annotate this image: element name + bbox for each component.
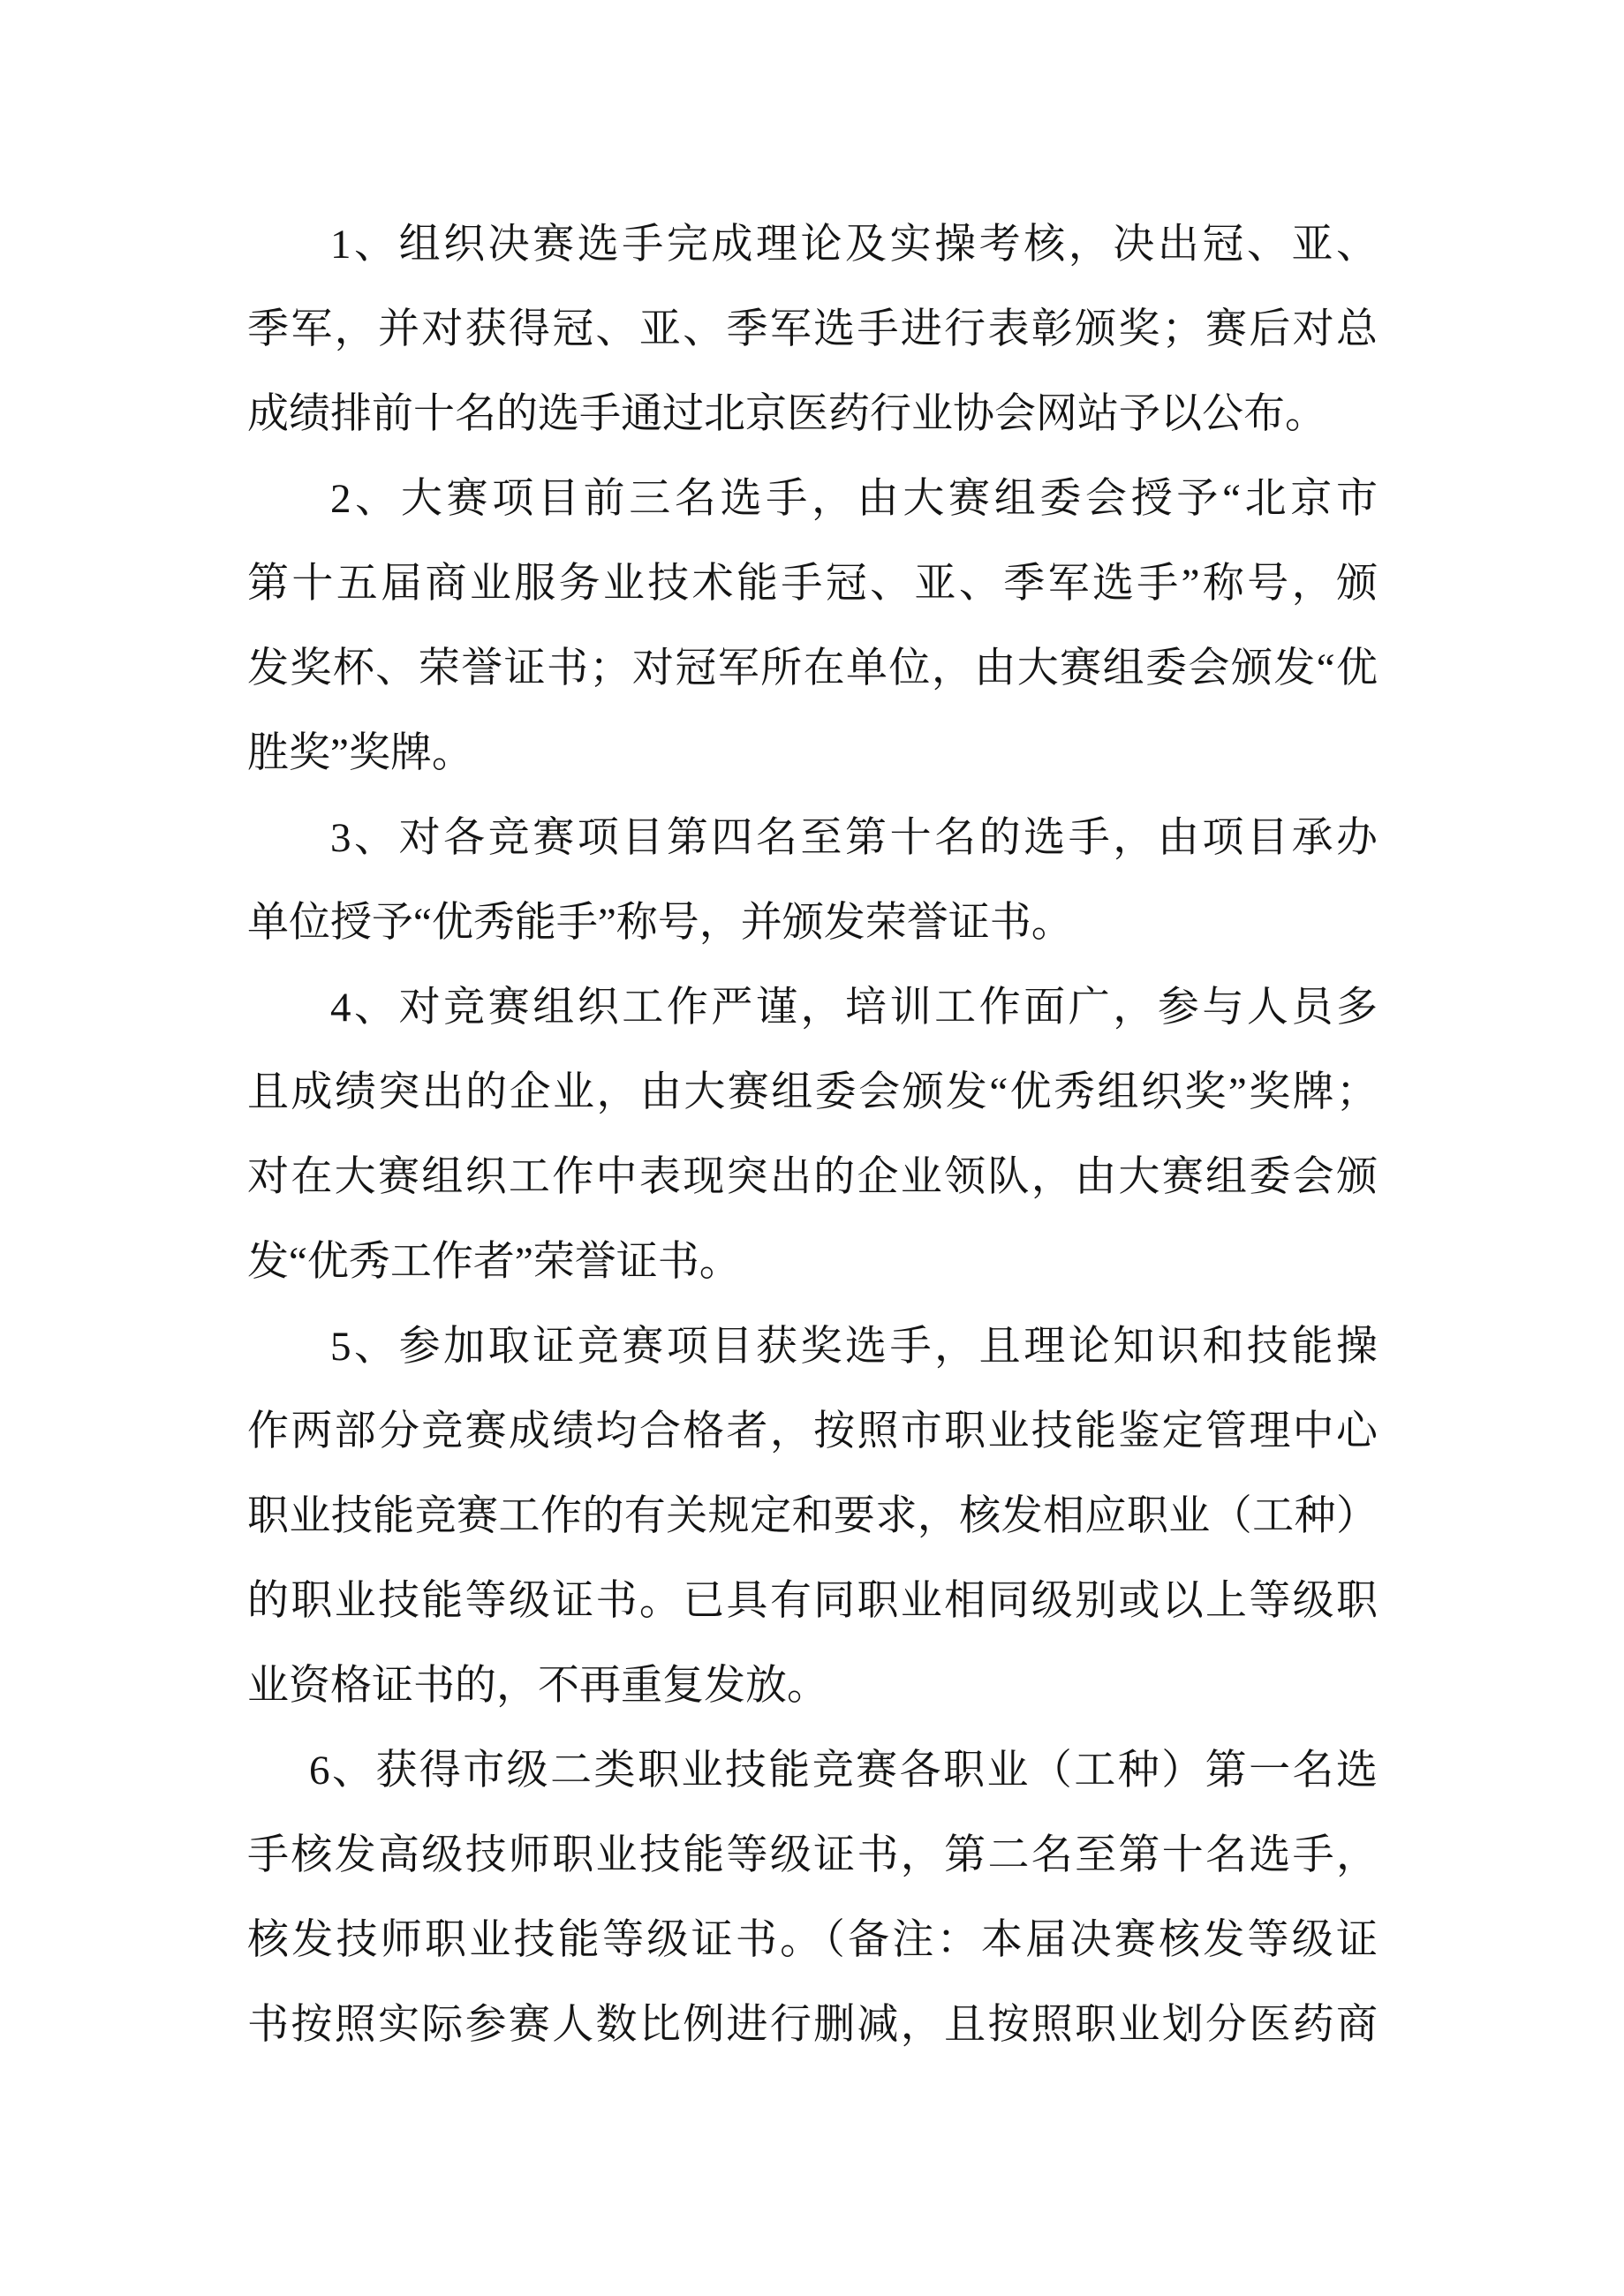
text-line: 作两部分竞赛成绩均合格者，按照市职业技能鉴定管理中心: [247, 1389, 1378, 1474]
text-line: 发奖杯、荣誉证书；对冠军所在单位，由大赛组委会颁发“优: [247, 626, 1378, 711]
text-line: 3、对各竞赛项目第四名至第十名的选手，由项目承办: [247, 796, 1378, 880]
text-line: 的职业技能等级证书。已具有同职业相同级别或以上等级职: [247, 1559, 1378, 1643]
text-line: 且成绩突出的企业，由大赛组委会颁发“优秀组织奖”奖牌；: [247, 1050, 1378, 1135]
text-line: 职业技能竞赛工作的有关规定和要求，核发相应职业（工种）: [247, 1474, 1378, 1559]
document-body: 1、组织决赛选手完成理论及实操考核，决出冠、亚、季军，并对获得冠、亚、季军选手进…: [247, 202, 1378, 2067]
text-line: 1、组织决赛选手完成理论及实操考核，决出冠、亚、: [247, 202, 1378, 287]
text-line: 5、参加取证竞赛项目获奖选手，且理论知识和技能操: [247, 1304, 1378, 1389]
text-line: 胜奖”奖牌。: [247, 711, 1378, 796]
text-line: 单位授予“优秀能手”称号，并颁发荣誉证书。: [247, 880, 1378, 965]
text-line: 业资格证书的，不再重复发放。: [247, 1643, 1378, 1728]
text-line: 书按照实际参赛人数比例进行删减，且按照职业划分医药商: [247, 1983, 1378, 2067]
text-line: 发“优秀工作者”荣誉证书。: [247, 1220, 1378, 1304]
text-line: 成绩排前十名的选手通过北京医药行业协会网站予以公布。: [247, 372, 1378, 457]
text-line: 6、获得市级二类职业技能竞赛各职业（工种）第一名选: [247, 1728, 1378, 1813]
document-page: 1、组织决赛选手完成理论及实操考核，决出冠、亚、季军，并对获得冠、亚、季军选手进…: [0, 0, 1624, 2296]
text-line: 手核发高级技师职业技能等级证书，第二名至第十名选手，: [247, 1813, 1378, 1898]
text-line: 核发技师职业技能等级证书。（备注：本届决赛核发等级证: [247, 1898, 1378, 1983]
text-line: 季军，并对获得冠、亚、季军选手进行表彰颁奖；赛后对总: [247, 287, 1378, 372]
text-line: 2、大赛项目前三名选手，由大赛组委会授予“北京市: [247, 457, 1378, 541]
text-line: 第十五届商业服务业技术能手冠、亚、季军选手”称号，颁: [247, 541, 1378, 626]
text-line: 对在大赛组织工作中表现突出的企业领队，由大赛组委会颁: [247, 1135, 1378, 1220]
text-line: 4、对竞赛组织工作严谨，培训工作面广，参与人员多: [247, 965, 1378, 1050]
